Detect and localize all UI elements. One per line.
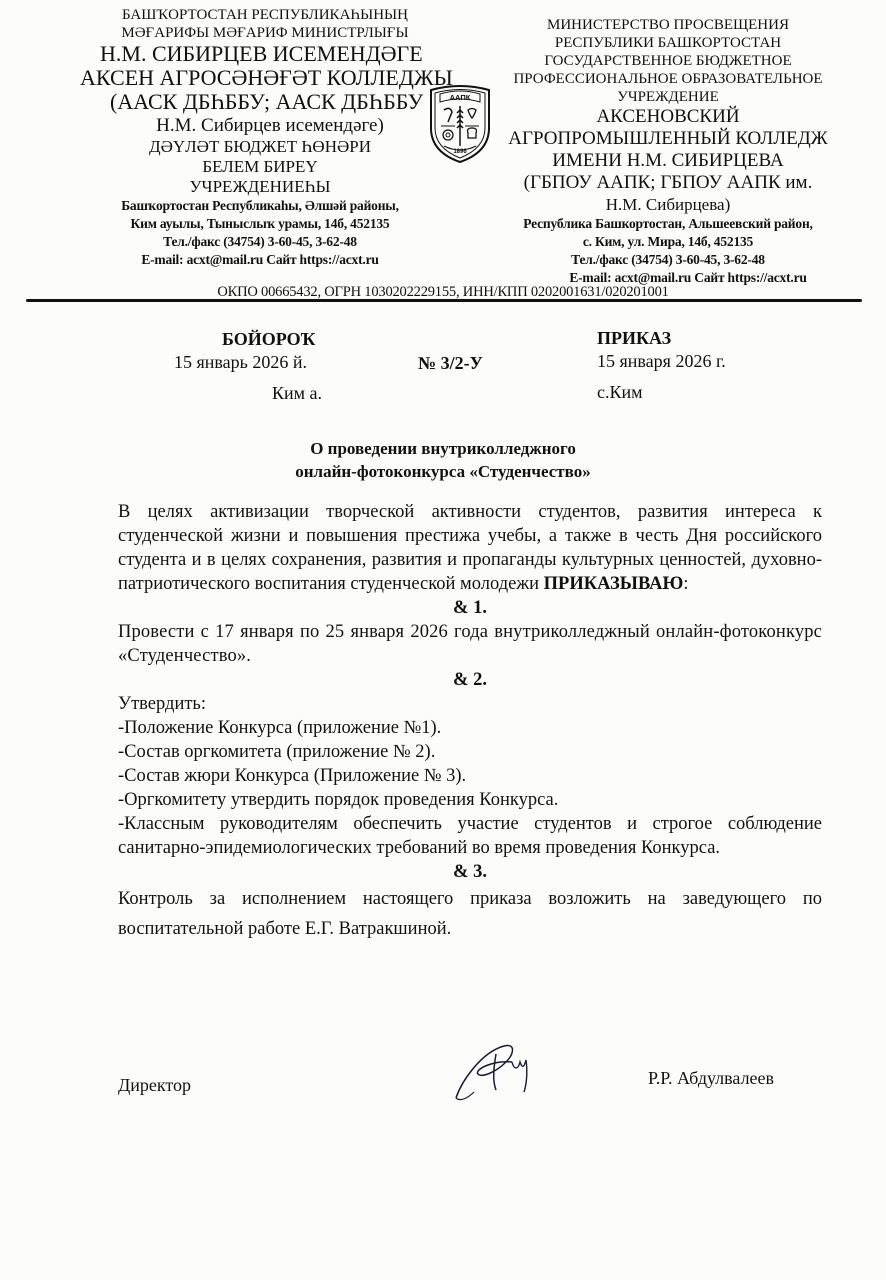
- college-name-line-1: Н.М. СИБИРЦЕВ ИСЕМЕНДӘГЕ: [0, 42, 420, 66]
- section-1-mark: & 1.: [118, 596, 822, 620]
- institution-type-line-2: БЕЛЕМ БИРЕҮ: [0, 157, 420, 177]
- institution-type-line-3: УЧРЕЖДЕНИЕ: [500, 88, 836, 106]
- address-line-2: с. Ким, ул. Мира, 14б, 452135: [500, 233, 836, 251]
- college-abbr-line-1: (ГБПОУ ААПК; ГБПОУ ААПК им.: [500, 172, 836, 194]
- address-line-2: Ким ауылы, Тыныслыҡ урамы, 14б, 452135: [0, 215, 420, 233]
- preamble: В целях активизации творческой активност…: [118, 500, 822, 596]
- svg-text:ААПК: ААПК: [450, 93, 471, 102]
- order-subject-line-2: онлайн-фотоконкурса «Студенчество»: [0, 460, 886, 483]
- preamble-text: В целях активизации творческой активност…: [118, 502, 822, 594]
- institution-type-line-1: ГОСУДАРСТВЕННОЕ БЮДЖЕТНОЕ: [500, 52, 836, 70]
- section-1-text: Провести с 17 января по 25 января 2026 г…: [118, 620, 822, 668]
- order-place-russian: с.Ким: [597, 381, 643, 403]
- section-2-item-3: -Состав жюри Конкурса (Приложение № 3).: [118, 764, 822, 788]
- svg-text:1896: 1896: [453, 149, 467, 155]
- phone-fax: Тел./факс (34754) 3-60-45, 3-62-48: [500, 251, 836, 269]
- preamble-suffix: :: [683, 574, 688, 594]
- signer-name: Р.Р. Абдулвалеев: [648, 1068, 774, 1089]
- college-abbr-line-2: Н.М. Сибирцев исемендәге): [0, 114, 420, 137]
- handwritten-signature-icon: [452, 1040, 552, 1102]
- address-line-1: Башҡортостан Республикаһы, Әлшәй районы,: [0, 197, 420, 215]
- preamble-emphasis: ПРИКАЗЫВАЮ: [544, 574, 684, 594]
- section-2-item-5: -Классным руководителям обеспечить участ…: [118, 812, 822, 860]
- order-title-russian: ПРИКАЗ: [597, 327, 671, 349]
- ministry-line-2: МӘҒАРИФЫ МӘҒАРИФ МИНИСТРЛЫҒЫ: [0, 24, 420, 42]
- college-emblem-icon: ААПК 1896: [428, 80, 492, 164]
- college-name-line-1: АКСЕНОВСКИЙ: [500, 106, 836, 128]
- section-3-text: Контроль за исполнением настоящего прика…: [118, 884, 822, 944]
- ministry-line-2: РЕСПУБЛИКИ БАШКОРТОСТАН: [500, 34, 836, 52]
- order-date-bashkir: 15 январь 2026 й.: [174, 351, 307, 373]
- phone-fax: Тел./факс (34754) 3-60-45, 3-62-48: [0, 233, 420, 251]
- order-subject-line-1: О проведении внутриколледжного: [0, 437, 886, 460]
- header-right-russian: МИНИСТЕРСТВО ПРОСВЕЩЕНИЯ РЕСПУБЛИКИ БАШК…: [500, 16, 836, 287]
- college-name-line-3: ИМЕНИ Н.М. СИБИРЦЕВА: [500, 150, 836, 172]
- section-2-item-4: -Оргкомитету утвердить порядок проведени…: [118, 788, 822, 812]
- order-subject: О проведении внутриколледжного онлайн-фо…: [0, 437, 886, 483]
- section-2-item-1: -Положение Конкурса (приложение №1).: [118, 716, 822, 740]
- ministry-line-1: БАШҠОРТОСТАН РЕСПУБЛИКАҺЫНЫҢ: [0, 6, 420, 24]
- order-title-bashkir: БОЙОРОҠ: [222, 328, 316, 350]
- order-date-russian: 15 января 2026 г.: [597, 350, 726, 372]
- section-2-intro: Утвердить:: [118, 692, 822, 716]
- signer-position: Директор: [118, 1075, 191, 1096]
- institution-type-line-3: УЧРЕЖДЕНИЕҺЫ: [0, 177, 420, 197]
- college-name-line-2: АГРОПРОМЫШЛЕННЫЙ КОЛЛЕДЖ: [500, 128, 836, 150]
- section-3-mark: & 3.: [118, 860, 822, 884]
- header-left-bashkir: БАШҠОРТОСТАН РЕСПУБЛИКАҺЫНЫҢ МӘҒАРИФЫ МӘ…: [0, 6, 420, 269]
- header-divider: [26, 299, 862, 302]
- order-number: № 3/2-У: [418, 352, 483, 374]
- signature-block: Директор Р.Р. Абдулвалеев: [118, 1040, 822, 1100]
- address-line-1: Республика Башкортостан, Альшеевский рай…: [500, 215, 836, 233]
- institution-type-line-1: ДӘҮЛӘТ БЮДЖЕТ ҺӨНӘРИ: [0, 137, 420, 157]
- college-abbr-line-1: (ААСК ДБҺББУ; ААСК ДБҺББУ: [0, 90, 420, 114]
- email-site: E-mail: acxt@mail.ru Сайт https://acxt.r…: [0, 251, 420, 269]
- order-place-bashkir: Ким а.: [272, 382, 322, 404]
- institution-type-line-2: ПРОФЕССИОНАЛЬНОЕ ОБРАЗОВАТЕЛЬНОЕ: [500, 70, 836, 88]
- ministry-line-1: МИНИСТЕРСТВО ПРОСВЕЩЕНИЯ: [500, 16, 836, 34]
- section-2-item-2: -Состав оргкомитета (приложение № 2).: [118, 740, 822, 764]
- college-name-line-2: АКСЕН АГРОСӘНӘҒӘТ КОЛЛЕДЖЫ: [0, 66, 420, 90]
- college-abbr-line-2: Н.М. Сибирцева): [500, 194, 836, 215]
- section-2-mark: & 2.: [118, 668, 822, 692]
- order-body: В целях активизации творческой активност…: [118, 500, 822, 944]
